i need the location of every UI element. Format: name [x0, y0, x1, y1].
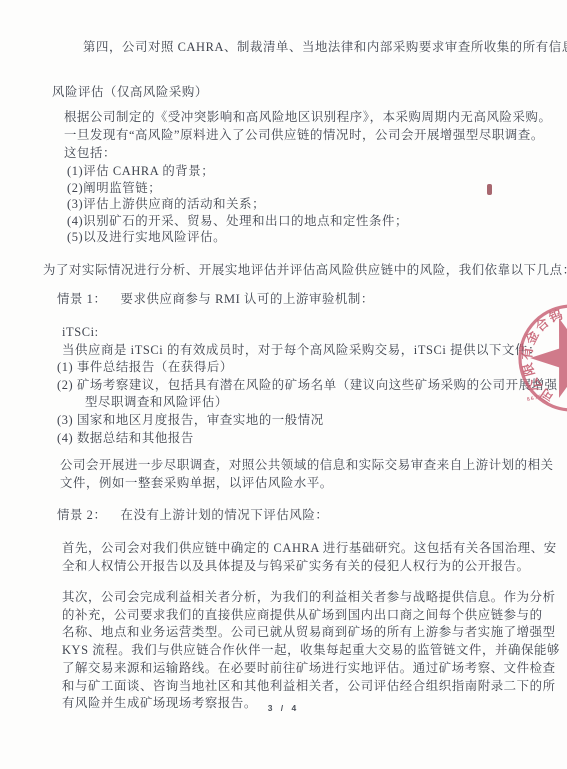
- section-heading: 风险评估（仅高风险采购）: [52, 84, 208, 102]
- scanned-page: 第四，公司对照 CAHRA、制裁清单、当地法律和内部采购要求审查所收集的所有信息…: [0, 0, 567, 769]
- seal-arc-char: 限: [520, 361, 538, 377]
- list-item: (5)以及进行实地风险评估。: [67, 229, 408, 246]
- list-item: (4) 数据总结和其他报告: [57, 430, 558, 448]
- itsci-intro: 当供应商是 iTSCi 的有效成员时，对于每个高风险采购交易，iTSCi 提供以…: [62, 342, 541, 360]
- scenario-1-title: 要求供应商参与 RMI 认可的上游审验机制：: [120, 292, 373, 306]
- list-item: (1)评估 CAHRA 的背景；: [67, 163, 408, 180]
- scenario-2-label: 情景 2：: [57, 508, 106, 522]
- seal-arc-char: 有: [519, 346, 535, 361]
- paragraph-line: KYS 流程。我们与供应链合作伙伴一起，收集每起重大交易的监管链文件，并确保能够: [62, 642, 560, 660]
- paragraph-line: 一旦发现有“高风险”原料进入了公司供应链的情况时，公司会开展增强型尽职调查。: [64, 126, 551, 144]
- list-item: (2)阐明监管链；: [67, 180, 408, 197]
- scenario-1-label: 情景 1：: [57, 292, 106, 306]
- paragraph-line: 其次，公司会完成利益相关者分析，为我们的利益相关者参与战略提供信息。作为分析: [62, 589, 560, 607]
- stakeholder-paragraph: 其次，公司会完成利益相关者分析，为我们的利益相关者参与战略提供信息。作为分析 的…: [62, 589, 560, 713]
- research-paragraph: 首先，公司会对我们供应链中确定的 CAHRA 进行基础研究。这包括有关各国治理、…: [62, 539, 557, 575]
- scenario-1-heading: 情景 1：要求供应商参与 RMI 认可的上游审验机制：: [57, 291, 374, 309]
- list-item: (3)评估上游供应商的活动和关系；: [67, 196, 408, 213]
- paragraph-line: 和与矿工面谈、咨询当地社区和其他利益相关者，公司评估经合组织指南附录二下的所: [62, 678, 560, 696]
- paragraph-line: 这包括：: [64, 144, 551, 162]
- reliance-paragraph: 为了对实际情况进行分析、开展实地评估并评估高风险供应链中的风险，我们依靠以下几点…: [43, 262, 567, 280]
- paragraph-line: 的补充，公司要求我们的直接供应商提供从矿场到国内出口商之间每个供应链参与的: [62, 607, 560, 625]
- list-item: (1) 事件总结报告（在获得后）: [57, 359, 558, 377]
- paragraph-line: 首先，公司会对我们供应链中确定的 CAHRA 进行基础研究。这包括有关各国治理、…: [62, 539, 557, 557]
- paragraph-line: 根据公司制定的《受冲突影响和高风险地区识别程序》，本采购周期内无高风险采购。: [64, 108, 551, 126]
- intro-paragraph: 第四，公司对照 CAHRA、制裁清单、当地法律和内部采购要求审查所收集的所有信息…: [43, 39, 567, 57]
- paragraph-line: 了解交易来源和运输路线。在必要时前往矿场进行实地评估。通过矿场考察、文件检查: [62, 660, 560, 678]
- edd-steps-list: (1)评估 CAHRA 的背景； (2)阐明监管链； (3)评估上游供应商的活动…: [67, 163, 408, 246]
- list-item: (3) 国家和地区月度报告，审查实地的一般情况: [57, 412, 558, 430]
- company-seal-stamp: 钨 合 金 有 限 公 司 86757: [497, 280, 567, 420]
- itsci-documents-list: (1) 事件总结报告（在获得后） (2) 矿场考察建议，包括具有潜在风险的矿场名…: [57, 359, 558, 448]
- scenario-2-heading: 情景 2：在没有上游计划的情况下评估风险：: [57, 507, 328, 525]
- paragraph-line: 文件，例如一整套采购单据，以评估风险水平。: [60, 474, 554, 492]
- list-item: (4)识别矿石的开采、贸易、处理和出口的地点和定性条件；: [67, 213, 408, 230]
- paragraph-line: 公司会开展进一步尽职调查，对照公共领域的信息和实际交易审查来自上游计划的相关: [60, 456, 554, 474]
- itsci-heading: iTSCi:: [62, 324, 99, 342]
- paragraph-line: 名称、地点和业务运营类型。公司已就从贸易商到矿场的所有上游参与者实施了增强型: [62, 624, 560, 642]
- followup-paragraph: 公司会开展进一步尽职调查，对照公共领域的信息和实际交易审查来自上游计划的相关 文…: [60, 456, 554, 492]
- list-item: (2) 矿场考察建议，包括具有潜在风险的矿场名单（建议向这些矿场采购的公司开展增…: [57, 377, 558, 395]
- paragraph-line: 全和人权情公开报告以及具体提及与钨采矿实务有关的侵犯人权行为的公开报告。: [62, 557, 557, 575]
- list-item-continuation: 型尽职调查和风险评估）: [57, 394, 558, 412]
- paragraph-edd: 根据公司制定的《受冲突影响和高风险地区识别程序》，本采购周期内无高风险采购。 一…: [64, 108, 551, 162]
- page-number: 3 / 4: [0, 703, 567, 713]
- scenario-2-title: 在没有上游计划的情况下评估风险：: [120, 508, 328, 522]
- ink-speck: [487, 184, 492, 195]
